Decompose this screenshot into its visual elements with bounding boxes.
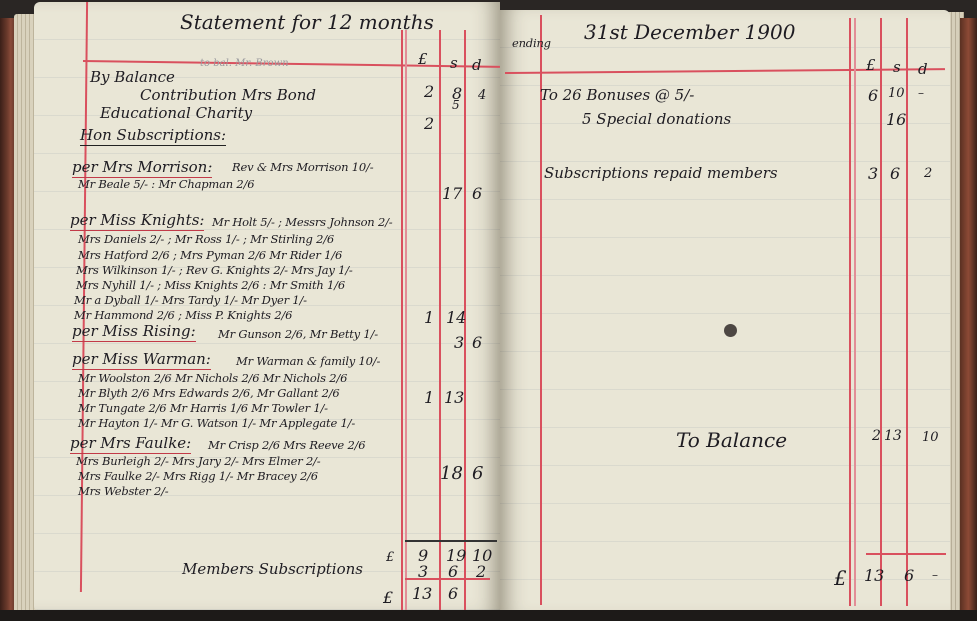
amount-pence: 6 [472,333,482,352]
collector-warman: per Miss Warman: [72,350,211,370]
grand-total-pounds: 13 [412,584,432,603]
right-col-rule-pence [906,18,908,606]
amount-shillings: 6 [890,164,900,183]
amount-pence: 6 [472,463,483,484]
total-shillings: 6 [448,562,458,581]
amount-pence: 2 [924,166,932,181]
collector-rising: per Miss Rising: [72,322,196,342]
right-col-rule-pounds-double [854,18,856,606]
collector-faulke: per Mrs Faulke: [70,434,191,454]
amount-pounds: 2 [424,82,434,101]
right-col-rule-pounds [849,18,851,606]
right-total-pence: – [932,568,938,582]
pound-sign: £ [386,550,394,565]
subscriber-line: Mr Holt 5/- ; Messrs Johnson 2/- [212,215,392,229]
amount-pounds: 1 [424,308,434,327]
entry-contribution: Contribution Mrs Bond [140,86,316,104]
subscriber-line: Mr a Dyball 1/- Mrs Tardy 1/- Mr Dyer 1/… [74,293,307,307]
open-ledger-book: Statement for 12 months to bal. Mr. Brow… [0,0,977,621]
subscriber-line: Mrs Faulke 2/- Mrs Rigg 1/- Mr Bracey 2/… [78,469,318,483]
subscriber-line: Mr Beale 5/- : Mr Chapman 2/6 [78,177,254,191]
left-col-rule-shillings [439,30,441,610]
collector-morrison: per Mrs Morrison: [72,158,212,178]
pencil-note: to bal. Mr. Brown [200,58,289,69]
amount-pounds: 6 [868,86,878,105]
entry-to-balance: To Balance [676,428,787,452]
amount-shillings: 5 [452,98,460,112]
amount-shillings: 13 [444,388,464,407]
amount-pounds: 1 [424,388,434,407]
right-total-shillings: 6 [904,566,914,585]
amount-shillings: 14 [446,308,466,327]
left-total-ink-rule [405,540,497,542]
col-head-pence: d [918,60,928,78]
amount-shillings: 17 [442,184,462,203]
total-pence: 2 [476,562,486,581]
grand-total-shillings: 6 [448,584,458,603]
right-total-pounds: 13 [864,566,884,585]
entry-subscriptions-repaid: Subscriptions repaid members [544,164,778,182]
subscriber-line: Mrs Burleigh 2/- Mrs Jary 2/- Mrs Elmer … [76,454,320,468]
right-heading-prefix: ending [512,36,551,50]
amount-shillings: 18 [440,463,463,484]
amount-pence: 6 [472,184,482,203]
left-col-rule-pounds-double [405,30,407,610]
right-col-rule-shillings [880,18,882,606]
right-total-red-rule [866,553,946,555]
section-title-subscriptions: Hon Subscriptions: [80,126,226,146]
collector-knights: per Miss Knights: [70,211,204,231]
subscriber-line: Mr Crisp 2/6 Mrs Reeve 2/6 [208,438,365,452]
amount-pounds: 3 [868,164,878,183]
subscriber-line: Mr Woolston 2/6 Mr Nichols 2/6 Mr Nichol… [78,371,347,385]
subscriber-line: Mr Warman & family 10/- [236,354,380,368]
amount-shillings: 10 [888,86,905,101]
subscriber-line: Rev & Mrs Morrison 10/- [232,160,373,174]
members-subscriptions-label: Members Subscriptions [182,560,363,578]
subscriber-line: Mrs Wilkinson 1/- ; Rev G. Knights 2/- M… [76,263,353,277]
total-pounds: 3 [418,562,428,581]
subscriber-line: Mr Blyth 2/6 Mrs Edwards 2/6, Mr Gallant… [78,386,340,400]
col-head-pounds: £ [418,50,428,68]
entry-special-donations: 5 Special donations [582,110,731,128]
left-page-heading: Statement for 12 months [180,10,434,34]
entry-by-balance: By Balance [90,68,175,86]
table-surface [0,610,977,621]
subscriber-line: Mrs Nyhill 1/- ; Miss Knights 2/6 : Mr S… [76,278,345,292]
right-page-heading: 31st December 1900 [584,20,795,44]
amount-shillings: 16 [886,110,906,129]
entry-educational-charity: Educational Charity [100,104,252,122]
pound-sign: £ [834,566,847,590]
col-head-shillings: s [450,54,458,72]
amount-pence: 4 [478,88,486,103]
subscriber-line: Mr Hammond 2/6 ; Miss P. Knights 2/6 [74,308,292,322]
col-head-pounds: £ [866,56,876,74]
subscriber-line: Mrs Webster 2/- [78,484,168,498]
amount-pence: 10 [922,430,939,445]
amount-pounds: 2 [872,428,881,444]
book-cover-right [960,18,977,613]
amount-shillings: 3 [454,333,464,352]
amount-pounds: 2 [424,114,434,133]
col-head-pence: d [472,56,482,74]
pound-sign: £ [383,588,393,607]
subscriber-line: Mr Gunson 2/6, Mr Betty 1/- [218,327,378,341]
subscriber-line: Mr Hayton 1/- Mr G. Watson 1/- Mr Appleg… [78,416,355,430]
subscriber-line: Mr Tungate 2/6 Mr Harris 1/6 Mr Towler 1… [78,401,328,415]
amount-shillings: 13 [884,428,902,444]
col-head-shillings: s [893,58,901,76]
amount-pence: – [918,86,924,100]
subscriber-line: Mrs Hatford 2/6 ; Mrs Pyman 2/6 Mr Rider… [78,248,342,262]
subscriber-line: Mrs Daniels 2/- ; Mr Ross 1/- ; Mr Stirl… [78,232,334,246]
page-hole [724,324,737,337]
left-col-rule-pounds [401,30,403,610]
entry-bonuses: To 26 Bonuses @ 5/- [540,86,694,104]
